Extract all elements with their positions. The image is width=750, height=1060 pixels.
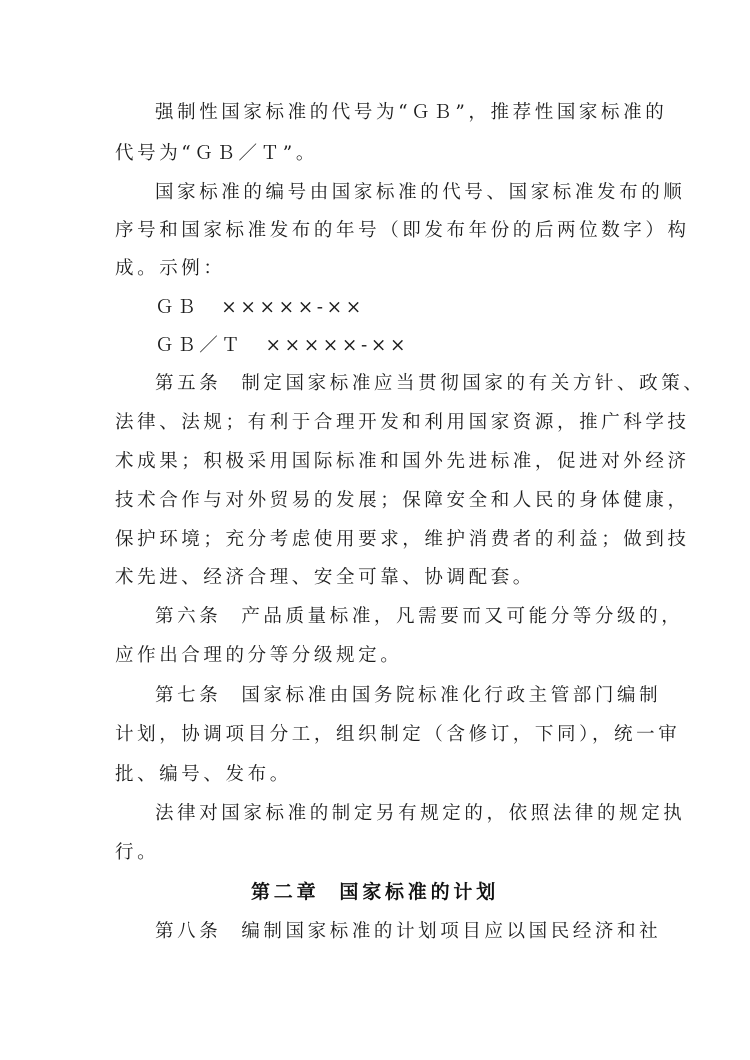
text-span: 编制国家标准的计划项目应以国民经济和社 bbox=[241, 921, 661, 942]
text-line: 技术合作与对外贸易的发展；保障安全和人民的身体健康， bbox=[115, 489, 690, 513]
text-line: 保护环境；充分考虑使用要求，维护消费者的利益；做到技 bbox=[115, 528, 690, 552]
example-code-gbt: ＧＢ／Ｔ ×××××-×× bbox=[155, 334, 409, 358]
text-line: 国家标准的编号由国家标准的代号、国家标准发布的顺 bbox=[155, 181, 685, 205]
text-line: 强制性国家标准的代号为“ＧＢ”，推荐性国家标准的 bbox=[155, 101, 667, 125]
text-line: 代号为“ＧＢ／Ｔ”。 bbox=[115, 142, 318, 166]
chapter-heading: 第二章国家标准的计划 bbox=[0, 880, 750, 904]
article-6-first-line: 第六条产品质量标准，凡需要而又可能分等分级的， bbox=[155, 605, 683, 629]
text-line: 应作出合理的分等分级规定。 bbox=[115, 644, 402, 668]
text-line: 法律对国家标准的制定另有规定的，依照法律的规定执 bbox=[155, 802, 685, 826]
article-5-first-line: 第五条制定国家标准应当贯彻国家的有关方针、政策、 bbox=[155, 372, 705, 396]
text-span: 国家标准由国务院标准化行政主管部门编制 bbox=[241, 685, 661, 706]
text-line: 成。示例： bbox=[115, 257, 226, 281]
article-8-first-line: 第八条编制国家标准的计划项目应以国民经济和社 bbox=[155, 920, 661, 944]
text-line: 计划，协调项目分工，组织制定（含修订，下同），统一审 bbox=[115, 723, 680, 747]
text-line: 批、编号、发布。 bbox=[115, 763, 292, 787]
chapter-label: 第二章 bbox=[251, 881, 319, 903]
chapter-title: 国家标准的计划 bbox=[339, 881, 499, 903]
text-line: 术先进、经济合理、安全可靠、协调配套。 bbox=[115, 566, 535, 590]
text-line: 行。 bbox=[115, 841, 159, 865]
text-line: 序号和国家标准发布的年号（即发布年份的后两位数字）构 bbox=[115, 219, 690, 243]
example-code-gb: ＧＢ ×××××-×× bbox=[155, 296, 365, 320]
article-7-first-line: 第七条国家标准由国务院标准化行政主管部门编制 bbox=[155, 684, 661, 708]
text-line: 法律、法规；有利于合理开发和利用国家资源，推广科学技 bbox=[115, 411, 690, 435]
text-span: 制定国家标准应当贯彻国家的有关方针、政策、 bbox=[241, 373, 705, 394]
text-line: 术成果；积极采用国际标准和国外先进标准，促进对外经济 bbox=[115, 450, 690, 474]
text-span: 产品质量标准，凡需要而又可能分等分级的， bbox=[241, 606, 683, 627]
article-label: 第六条 bbox=[155, 606, 221, 627]
document-page: 强制性国家标准的代号为“ＧＢ”，推荐性国家标准的 代号为“ＧＢ／Ｔ”。 国家标准… bbox=[0, 0, 750, 1060]
article-label: 第七条 bbox=[155, 685, 221, 706]
article-label: 第五条 bbox=[155, 373, 221, 394]
article-label: 第八条 bbox=[155, 921, 221, 942]
